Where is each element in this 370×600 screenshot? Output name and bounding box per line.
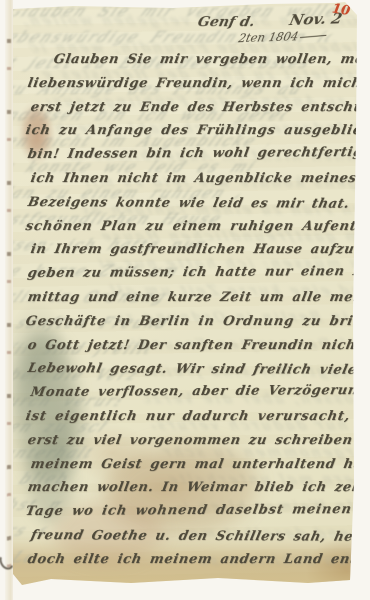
letter-page: Glauben Sie mir vergeben wollen, meineli…	[13, 2, 357, 588]
letter-line: mittag und eine kurze Zeit um alle meine	[25, 290, 351, 314]
letter-line: Monate verflossen, aber die Verzögerung	[28, 383, 351, 409]
dateline-place: Genf d.	[196, 14, 256, 30]
dateline-year: 2ten 1804	[237, 28, 328, 45]
folio-number-value: 10	[331, 1, 351, 19]
letter-scan: Glauben Sie mir vergeben wollen, meineli…	[0, 0, 370, 600]
letter-line: meinem Geist gern mal unterhaltend habe	[28, 457, 351, 481]
letter-line: in Ihrem gastfreundlichen Hause aufzu-	[28, 242, 351, 266]
bleed-line: doch eilte ich meinem andern Land entgeg…	[201, 575, 370, 600]
folio-tick-mark: ′	[350, 4, 355, 18]
letter-line: geben zu müssen; ich hatte nur einen Nac…	[25, 264, 351, 290]
letter-line: bin! Indessen bin ich wohl gerechtfertig…	[25, 145, 351, 171]
letter-line: Tage wo ich wohnend daselbst meinen Dich…	[23, 502, 351, 528]
letter-line: erst zu viel vorgenommen zu schreiben un…	[25, 433, 351, 457]
letter-line: ich zu Anfange des Frühlings ausgebliebe…	[23, 123, 351, 147]
letter-body: Glauben Sie mir vergeben wollen, meineli…	[27, 52, 349, 576]
letter-line: o Gott jetzt! Der sanften Freundin nicht…	[25, 338, 351, 362]
letter-line: machen wollen. In Weimar blieb ich zehn	[25, 480, 351, 504]
adjacent-page-edge	[5, 0, 13, 600]
letter-line: Glauben Sie mir vergeben wollen, meine	[25, 52, 351, 76]
letter-line: schönen Plan zu einem ruhigen Aufenthalt	[23, 219, 351, 243]
letter-line: liebenswürdige Freundin, wenn ich mich	[25, 76, 351, 100]
letter-line: freund Goethe u. den Schillers sah, herz…	[27, 528, 351, 553]
letter-line: Bezeigens konnte wie leid es mir that. D…	[24, 195, 351, 220]
letter-line: Geschäfte in Berlin in Ordnung zu bringe…	[23, 314, 351, 338]
letter-line: doch eilte ich meinem andern Land entgeg…	[25, 552, 351, 576]
letter-line: ist eigentlich nur dadurch verursacht, d…	[23, 409, 351, 433]
letter-line: erst jetzt zu Ende des Herbstes entschul…	[28, 100, 351, 124]
letter-line: ich Ihnen nicht im Augenblicke meines pl…	[28, 171, 351, 195]
folio-number: 10′	[331, 1, 355, 19]
